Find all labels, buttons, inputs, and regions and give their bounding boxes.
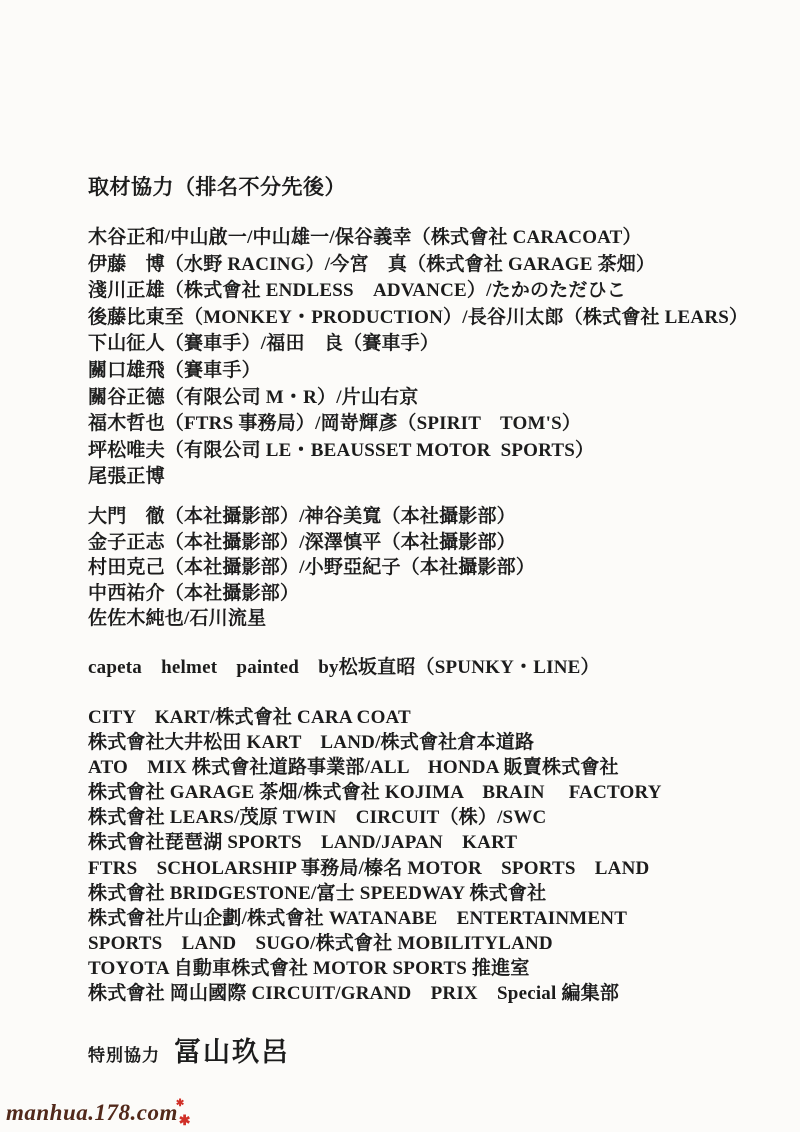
star-icon: ✱: [176, 1098, 185, 1109]
credit-line: 伊藤 博（水野 RACING）/今宮 真（株式會社 GARAGE 茶畑）: [88, 252, 748, 279]
star-icon: ✱: [179, 1114, 191, 1129]
special-thanks-label: 特別協力: [88, 1041, 160, 1066]
company-line: TOYOTA 自動車株式會社 MOTOR SPORTS 推進室: [88, 956, 662, 981]
photographer-line: 中西祐介（本社攝影部）: [88, 581, 535, 607]
company-line: 株式會社琵琶湖 SPORTS LAND/JAPAN KART: [88, 830, 662, 855]
helmet-credit: capeta helmet painted by松坂直昭（SPUNKY・LINE…: [88, 655, 600, 682]
company-line: 株式會社 岡山國際 CIRCUIT/GRAND PRIX Special 編集部: [88, 981, 662, 1006]
credit-line: 尾張正博: [88, 464, 748, 491]
watermark-text: manhua.178.com: [6, 1100, 178, 1125]
special-thanks: 特別協力 冨山玖呂: [88, 1030, 290, 1069]
credit-line: 淺川正雄（株式會社 ENDLESS ADVANCE）/たかのただひこ: [88, 278, 748, 305]
company-line: 株式會社 GARAGE 茶畑/株式會社 KOJIMA BRAIN FACTORY: [88, 780, 662, 805]
credit-line: 關谷正德（有限公司 M・R）/片山右京: [88, 385, 748, 412]
company-line: 株式會社 BRIDGESTONE/富士 SPEEDWAY 株式會社: [88, 881, 662, 906]
company-line: FTRS SCHOLARSHIP 事務局/榛名 MOTOR SPORTS LAN…: [88, 856, 662, 881]
special-thanks-name: 冨山玖呂: [174, 1030, 290, 1069]
company-line: 株式會社大井松田 KART LAND/株式會社倉本道路: [88, 730, 662, 755]
credit-line: 關口雄飛（賽車手）: [88, 358, 748, 385]
company-line: 株式會社 LEARS/茂原 TWIN CIRCUIT（株）/SWC: [88, 805, 662, 830]
credits-page: 取材協力（排名不分先後） 木谷正和/中山啟一/中山雄一/保谷義幸（株式會社 CA…: [0, 0, 800, 1132]
company-line: ATO MIX 株式會社道路事業部/ALL HONDA 販賣株式會社: [88, 755, 662, 780]
credit-line: 坪松唯夫（有限公司 LE・BEAUSSET MOTOR SPORTS）: [88, 438, 748, 465]
cooperation-credits-list: 木谷正和/中山啟一/中山雄一/保谷義幸（株式會社 CARACOAT） 伊藤 博（…: [88, 225, 748, 491]
credit-line: 後藤比東至（MONKEY・PRODUCTION）/長谷川太郎（株式會社 LEAR…: [88, 305, 748, 332]
credit-line: 木谷正和/中山啟一/中山雄一/保谷義幸（株式會社 CARACOAT）: [88, 225, 748, 252]
company-line: 株式會社片山企劃/株式會社 WATANABE ENTERTAINMENT: [88, 906, 662, 931]
credit-line: 下山征人（賽車手）/福田 良（賽車手）: [88, 331, 748, 358]
photographer-line: 村田克己（本社攝影部）/小野亞紀子（本社攝影部）: [88, 555, 535, 581]
credit-line: 福木哲也（FTRS 事務局）/岡嵜輝彥（SPIRIT TOM'S）: [88, 411, 748, 438]
page-title: 取材協力（排名不分先後）: [88, 171, 346, 201]
company-line: CITY KART/株式會社 CARA COAT: [88, 705, 662, 730]
companies-list: CITY KART/株式會社 CARA COAT 株式會社大井松田 KART L…: [88, 705, 662, 1006]
photographer-line: 金子正志（本社攝影部）/深澤慎平（本社攝影部）: [88, 530, 535, 556]
photographers-list: 大門 徹（本社攝影部）/神谷美寬（本社攝影部） 金子正志（本社攝影部）/深澤慎平…: [88, 504, 535, 632]
photographer-line: 佐佐木純也/石川流星: [88, 606, 535, 632]
helmet-credit-line: capeta helmet painted by松坂直昭（SPUNKY・LINE…: [88, 655, 600, 682]
company-line: SPORTS LAND SUGO/株式會社 MOBILITYLAND: [88, 931, 662, 956]
photographer-line: 大門 徹（本社攝影部）/神谷美寬（本社攝影部）: [88, 504, 535, 530]
site-watermark: manhua.178.com✱✱: [6, 1098, 197, 1126]
